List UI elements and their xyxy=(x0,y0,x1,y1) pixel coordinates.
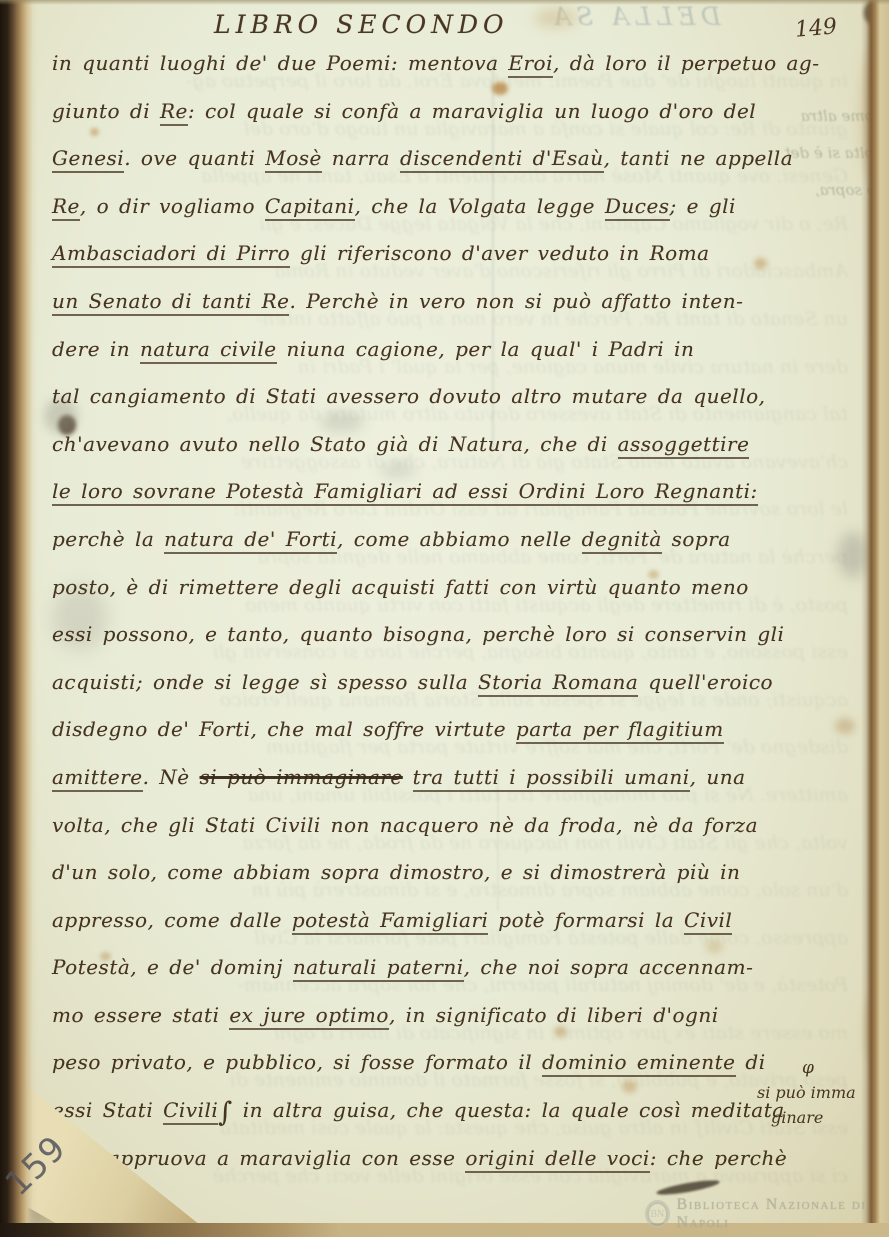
manuscript-text: ci si appruova a maraviglia con esse xyxy=(52,1146,465,1170)
stain-spot xyxy=(300,1228,640,1236)
manuscript-text: , in significato di liberi d'ogni xyxy=(389,1003,719,1027)
margin-note-line: si può imma xyxy=(757,1080,889,1105)
manuscript-text: . Nè xyxy=(143,765,200,789)
manuscript-line: perchè la natura de' Forti, come abbiamo… xyxy=(52,516,858,564)
underlined-text: amittere xyxy=(52,765,143,792)
manuscript-text: , che noi sopra accennam- xyxy=(464,955,754,979)
manuscript-text: perchè la xyxy=(52,527,164,551)
manuscript-text: narra xyxy=(322,146,400,170)
manuscript-text: d'un solo, come abbiam sopra dimostro, e… xyxy=(52,860,740,884)
manuscript-text: gli riferiscono d'aver veduto in Roma xyxy=(290,241,709,265)
library-watermark-label: Biblioteca Nazionale di Napoli xyxy=(677,1196,889,1232)
manuscript-text: essi Stati xyxy=(52,1098,163,1122)
underlined-text: Genesi xyxy=(52,146,124,173)
manuscript-text xyxy=(403,765,413,789)
folio-number: 149 xyxy=(794,14,838,43)
stain-spot xyxy=(864,2,882,24)
manuscript-line: mo essere stati ex jure optimo, in signi… xyxy=(52,992,858,1040)
underlined-text: tra tutti i possibili umani xyxy=(413,765,690,792)
page-title: LIBRO SECONDO xyxy=(214,10,509,39)
manuscript-line: volta, che gli Stati Civili non nacquero… xyxy=(52,802,858,850)
manuscript-text: acquisti; onde si legge sì spesso sulla xyxy=(52,670,478,694)
page-top-edge xyxy=(0,0,889,5)
library-logo-monogram: BN xyxy=(650,1209,664,1220)
margin-note: si può imma ginare xyxy=(757,1080,889,1130)
manuscript-line: d'un solo, come abbiam sopra dimostro, e… xyxy=(52,849,858,897)
manuscript-text: , tanti ne appella xyxy=(604,146,794,170)
manuscript-text: Potestà, e de' dominj xyxy=(52,955,293,979)
manuscript-text: , una xyxy=(690,765,746,789)
manuscript-text: : col quale si confà a maraviglia un luo… xyxy=(188,99,756,123)
manuscript-line: tal cangiamento di Stati avessero dovuto… xyxy=(52,373,858,421)
manuscript-line: amittere. Nè si può immaginare tra tutti… xyxy=(52,754,858,802)
manuscript-line: giunto di Re: col quale si confà a marav… xyxy=(52,88,858,136)
underlined-text: Mosè xyxy=(265,146,322,173)
manuscript-line: ci si appruova a maraviglia con esse ori… xyxy=(52,1135,858,1183)
manuscript-text: giunto di xyxy=(52,99,160,123)
manuscript-text: . ove quanti xyxy=(124,146,265,170)
underlined-text: naturali paterni xyxy=(293,955,464,982)
underlined-text: Eroi xyxy=(508,51,553,78)
underlined-text: Storia Romana xyxy=(478,670,638,697)
margin-note-line: ginare xyxy=(757,1105,889,1130)
manuscript-line: le loro sovrane Potestà Famigliari ad es… xyxy=(52,468,858,516)
manuscript-line: ch'avevano avuto nello Stato già di Natu… xyxy=(52,421,858,469)
manuscript-text: in quanti luoghi de' due Poemi: mentova xyxy=(52,51,508,75)
manuscript-text: quell'eroico xyxy=(638,670,773,694)
stain-spot xyxy=(534,8,578,28)
bleedthrough-title: DELLA SA xyxy=(548,2,721,31)
manuscript-line: Re, o dir vogliamo Capitani, che la Volg… xyxy=(52,183,858,231)
manuscript-text: dere in xyxy=(52,337,140,361)
caret-mark: ∫ xyxy=(218,1097,233,1128)
manuscript-text: tal cangiamento di Stati avessero dovuto… xyxy=(52,384,765,408)
manuscript-line: essi possono, e tanto, quanto bisogna, p… xyxy=(52,611,858,659)
insertion-mark: φ xyxy=(802,1058,814,1078)
manuscript-text: . Perchè in vero non si può affatto inte… xyxy=(289,289,743,313)
manuscript-line: dere in natura civile niuna cagione, per… xyxy=(52,326,858,374)
manuscript-text: mo essere stati xyxy=(52,1003,229,1027)
manuscript-text: , o dir vogliamo xyxy=(80,194,265,218)
underlined-text: parta per flagitium xyxy=(516,717,724,744)
manuscript-text: , come abbiamo nelle xyxy=(337,527,582,551)
underlined-text: Duces xyxy=(605,194,670,221)
manuscript-text: essi possono, e tanto, quanto bisogna, p… xyxy=(52,622,784,646)
underlined-text: degnità xyxy=(582,527,662,554)
manuscript-text: volta, che gli Stati Civili non nacquero… xyxy=(52,813,758,837)
library-logo-icon: BN xyxy=(645,1200,670,1228)
underlined-text: natura civile xyxy=(140,337,277,364)
underlined-text: potestà Famigliari xyxy=(292,908,489,935)
manuscript-text: sopra xyxy=(662,527,731,551)
manuscript-text: appresso, come dalle xyxy=(52,908,292,932)
manuscript-text: : che perchè xyxy=(650,1146,788,1170)
underlined-text: un Senato di tanti Re xyxy=(52,289,289,316)
page-bottom-edge xyxy=(0,1223,889,1237)
manuscript-text: peso privato, e pubblico, si fosse forma… xyxy=(52,1050,542,1074)
underlined-text: ex jure optimo xyxy=(229,1003,389,1030)
manuscript-line: essi Stati Civili∫ in altra guisa, che q… xyxy=(52,1087,858,1135)
manuscript-text: in altra guisa, che questa: la quale cos… xyxy=(233,1098,785,1122)
book-binding-edge xyxy=(0,0,38,1237)
manuscript-text: , che la Volgata legge xyxy=(355,194,605,218)
underlined-text: assoggettire xyxy=(618,432,750,459)
manuscript-line: posto, è di rimettere degli acquisti fat… xyxy=(52,564,858,612)
underlined-text: Re xyxy=(160,99,188,126)
underlined-text: origini delle voci xyxy=(465,1146,649,1173)
manuscript-line: Potestà, e de' dominj naturali paterni, … xyxy=(52,944,858,992)
manuscript-text: niuna cagione, per la qual' i Padri in xyxy=(277,337,695,361)
stain-spot xyxy=(862,50,884,180)
manuscript-line: un Senato di tanti Re. Perchè in vero no… xyxy=(52,278,858,326)
stain-spot xyxy=(868,995,884,1061)
manuscript-line: in quanti luoghi de' due Poemi: mentova … xyxy=(52,40,858,88)
underlined-text: le loro sovrane Potestà Famigliari ad es… xyxy=(52,479,758,506)
manuscript-line: acquisti; onde si legge sì spesso sulla … xyxy=(52,659,858,707)
manuscript-text: di xyxy=(736,1050,766,1074)
underlined-text: Ambasciadori di Pirro xyxy=(52,241,290,268)
manuscript-text: potè formarsi la xyxy=(488,908,684,932)
manuscript-line: Genesi. ove quanti Mosè narra discendent… xyxy=(52,135,858,183)
underlined-text: Civil xyxy=(684,908,732,935)
manuscript-text: disdegno de' Forti, che mal soffre virtu… xyxy=(52,717,516,741)
manuscript-line: peso privato, e pubblico, si fosse forma… xyxy=(52,1039,858,1087)
manuscript-text: , dà loro il perpetuo ag- xyxy=(553,51,819,75)
struck-text: si può immaginare xyxy=(200,765,403,789)
underlined-text: Capitani xyxy=(265,194,355,221)
underlined-text: natura de' Forti xyxy=(164,527,337,554)
underlined-text: dominio eminente xyxy=(542,1050,736,1077)
library-watermark: BN Biblioteca Nazionale di Napoli xyxy=(645,1196,889,1232)
manuscript-line: Ambasciadori di Pirro gli riferiscono d'… xyxy=(52,230,858,278)
manuscript-text: ch'avevano avuto nello Stato già di Natu… xyxy=(52,432,618,456)
manuscript-text: ; e gli xyxy=(670,194,736,218)
manuscript-line: disdegno de' Forti, che mal soffre virtu… xyxy=(52,706,858,754)
manuscript-page: DELLA SA come altra volta si è det to so… xyxy=(0,0,889,1237)
manuscript-text: posto, è di rimettere degli acquisti fat… xyxy=(52,575,749,599)
underlined-text: Civili xyxy=(163,1098,218,1125)
manuscript-text-block: in quanti luoghi de' due Poemi: mentova … xyxy=(52,40,858,1182)
manuscript-line: appresso, come dalle potestà Famigliari … xyxy=(52,897,858,945)
page-right-edge xyxy=(861,0,889,1237)
underlined-text: discendenti d'Esaù xyxy=(400,146,604,173)
underlined-text: Re xyxy=(52,194,80,221)
